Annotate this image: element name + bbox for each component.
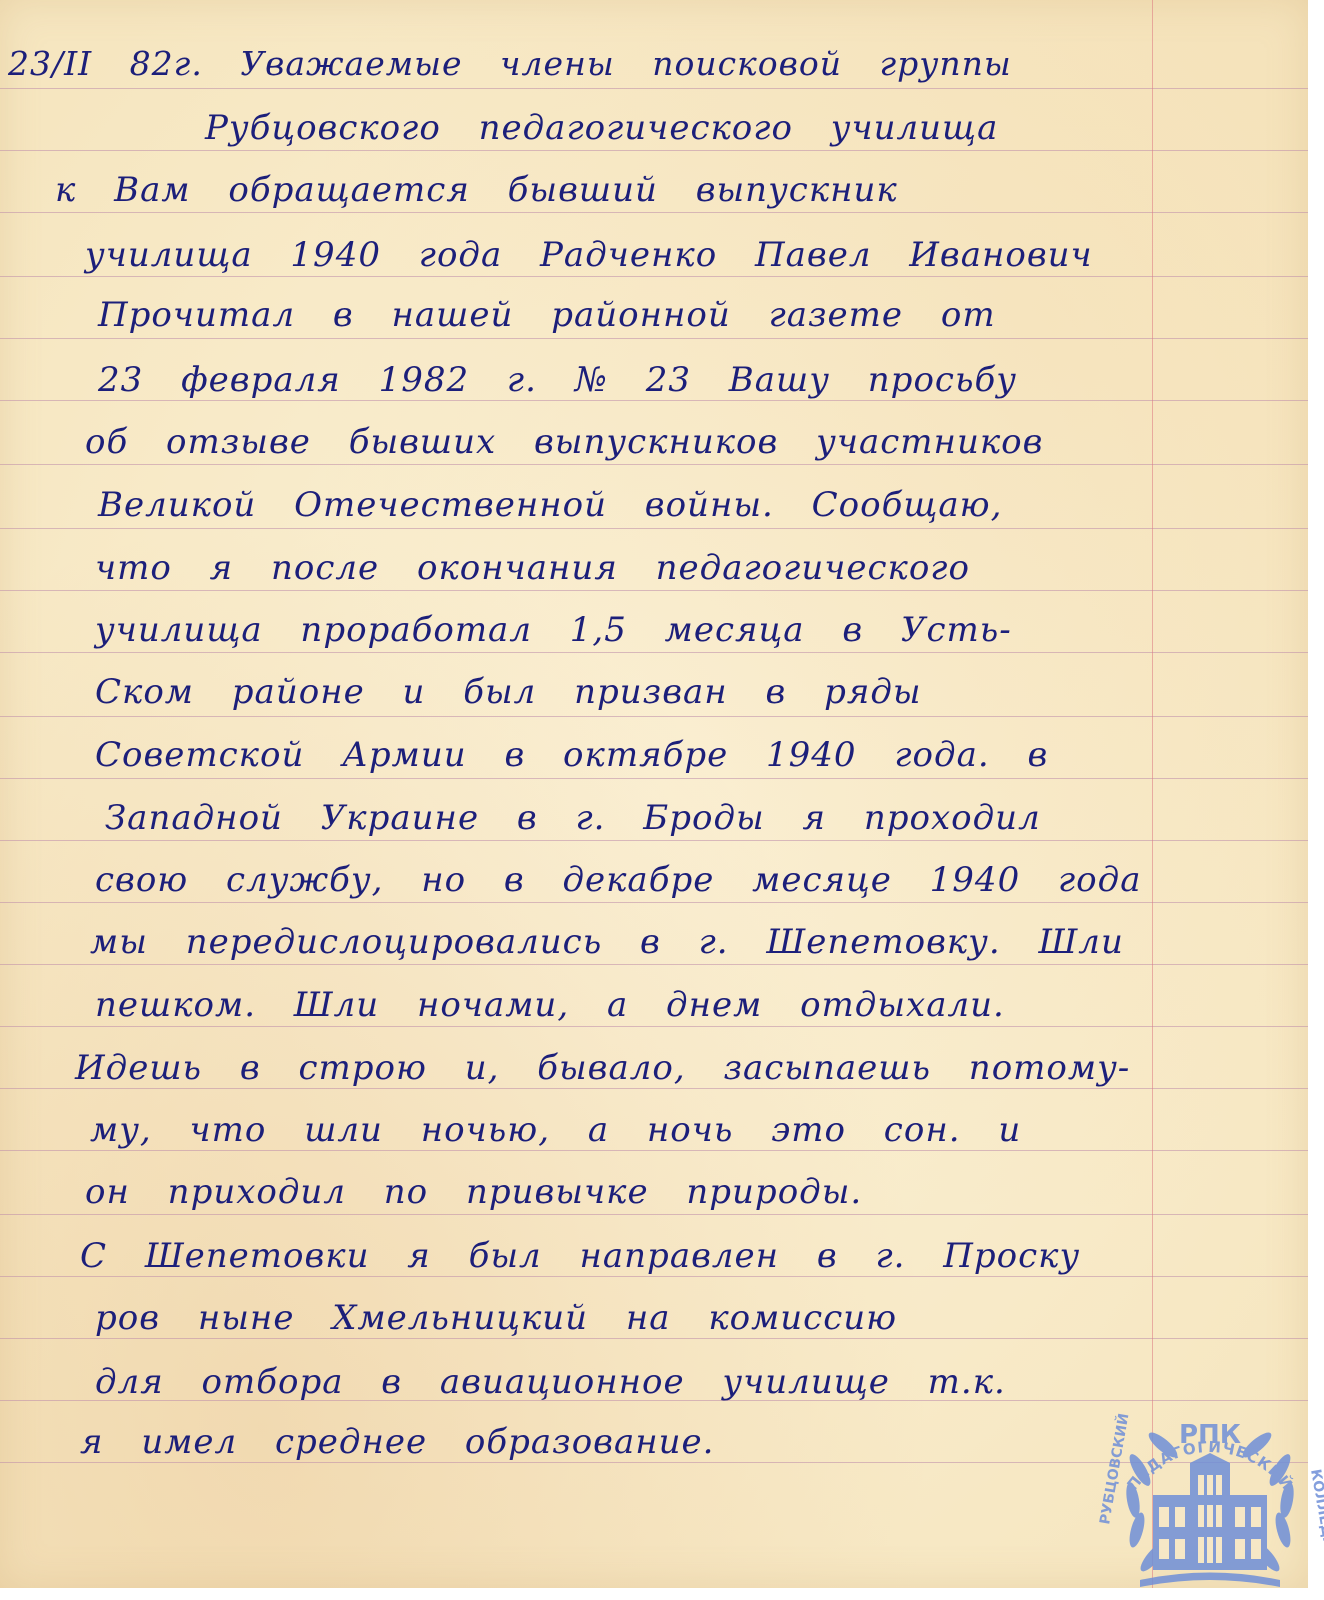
- letter-line: училища 1940 года Радченко Павел Иванови…: [85, 235, 1093, 275]
- ruled-line: [0, 716, 1308, 717]
- ruled-line: [0, 150, 1308, 151]
- ruled-line: [0, 590, 1308, 591]
- letter-line: Ском районе и был призван в ряды: [95, 672, 922, 712]
- ruled-line: [0, 1338, 1308, 1339]
- ruled-line: [0, 1026, 1308, 1027]
- ruled-line: [0, 1276, 1308, 1277]
- letter-line: училища проработал 1,5 месяца в Усть-: [95, 610, 1012, 650]
- college-stamp: РПК ПЕДАГОГИЧЕСКИЙ РУБЦОВСКИЙ КОЛЛЕДЖ: [1095, 1375, 1324, 1600]
- stamp-left-text: РУБЦОВСКИЙ: [1096, 1412, 1132, 1526]
- letter-line: об отзыве бывших выпускников участников: [85, 422, 1043, 462]
- letter-line: Рубцовского педагогического училища: [205, 108, 998, 148]
- letter-line: С Шепетовки я был направлен в г. Проску: [80, 1236, 1080, 1276]
- ruled-line: [0, 464, 1308, 465]
- ruled-line: [0, 1150, 1308, 1151]
- letter-line: Великой Отечественной войны. Сообщаю,: [98, 485, 1002, 525]
- ruled-line: [0, 88, 1308, 89]
- letter-line: он приходил по привычке природы.: [85, 1172, 862, 1212]
- letter-line: 23 февраля 1982 г. № 23 Вашу просьбу: [98, 360, 1017, 400]
- ruled-line: [0, 528, 1308, 529]
- letter-line: свою службу, но в декабре месяце 1940 го…: [95, 860, 1141, 900]
- letter-line: пешком. Шли ночами, а днем отдыхали.: [95, 985, 1005, 1025]
- ruled-line: [0, 1088, 1308, 1089]
- letter-line: ров ныне Хмельницкий на комиссию: [95, 1298, 897, 1338]
- ruled-line: [0, 276, 1308, 277]
- letter-line: Советской Армии в октябре 1940 года. в: [95, 735, 1048, 775]
- letter-line: к Вам обращается бывший выпускник: [55, 170, 898, 210]
- letter-line: Идешь в строю и, бывало, засыпаешь потом…: [75, 1048, 1130, 1088]
- letter-line: 23/II 82г. Уважаемые члены поисковой гру…: [8, 44, 1012, 83]
- ruled-line: [0, 840, 1308, 841]
- ruled-line: [0, 902, 1308, 903]
- letter-paper: 23/II 82г. Уважаемые члены поисковой гру…: [0, 0, 1308, 1588]
- ruled-line: [0, 778, 1308, 779]
- ruled-line: [0, 212, 1308, 213]
- ruled-line: [0, 964, 1308, 965]
- letter-line: му, что шли ночью, а ночь это сон. и: [90, 1110, 1021, 1150]
- letter-line: Прочитал в нашей районной газете от: [98, 295, 996, 335]
- letter-line: что я после окончания педагогического: [95, 548, 970, 588]
- stamp-right-text: КОЛЛЕДЖ: [1307, 1468, 1324, 1555]
- margin-line: [1152, 0, 1153, 1588]
- letter-line: я имел среднее образование.: [80, 1422, 714, 1462]
- ruled-line: [0, 652, 1308, 653]
- letter-line: мы передислоцировались в г. Шепетовку. Ш…: [90, 922, 1124, 962]
- ruled-line: [0, 400, 1308, 401]
- letter-line: Западной Украине в г. Броды я проходил: [105, 798, 1041, 838]
- college-building-emblem-icon: РПК ПЕДАГОГИЧЕСКИЙ РУБЦОВСКИЙ КОЛЛЕДЖ: [1095, 1375, 1324, 1600]
- ruled-line: [0, 338, 1308, 339]
- ruled-line: [0, 1214, 1308, 1215]
- letter-line: для отбора в авиационное училище т.к.: [95, 1362, 1006, 1402]
